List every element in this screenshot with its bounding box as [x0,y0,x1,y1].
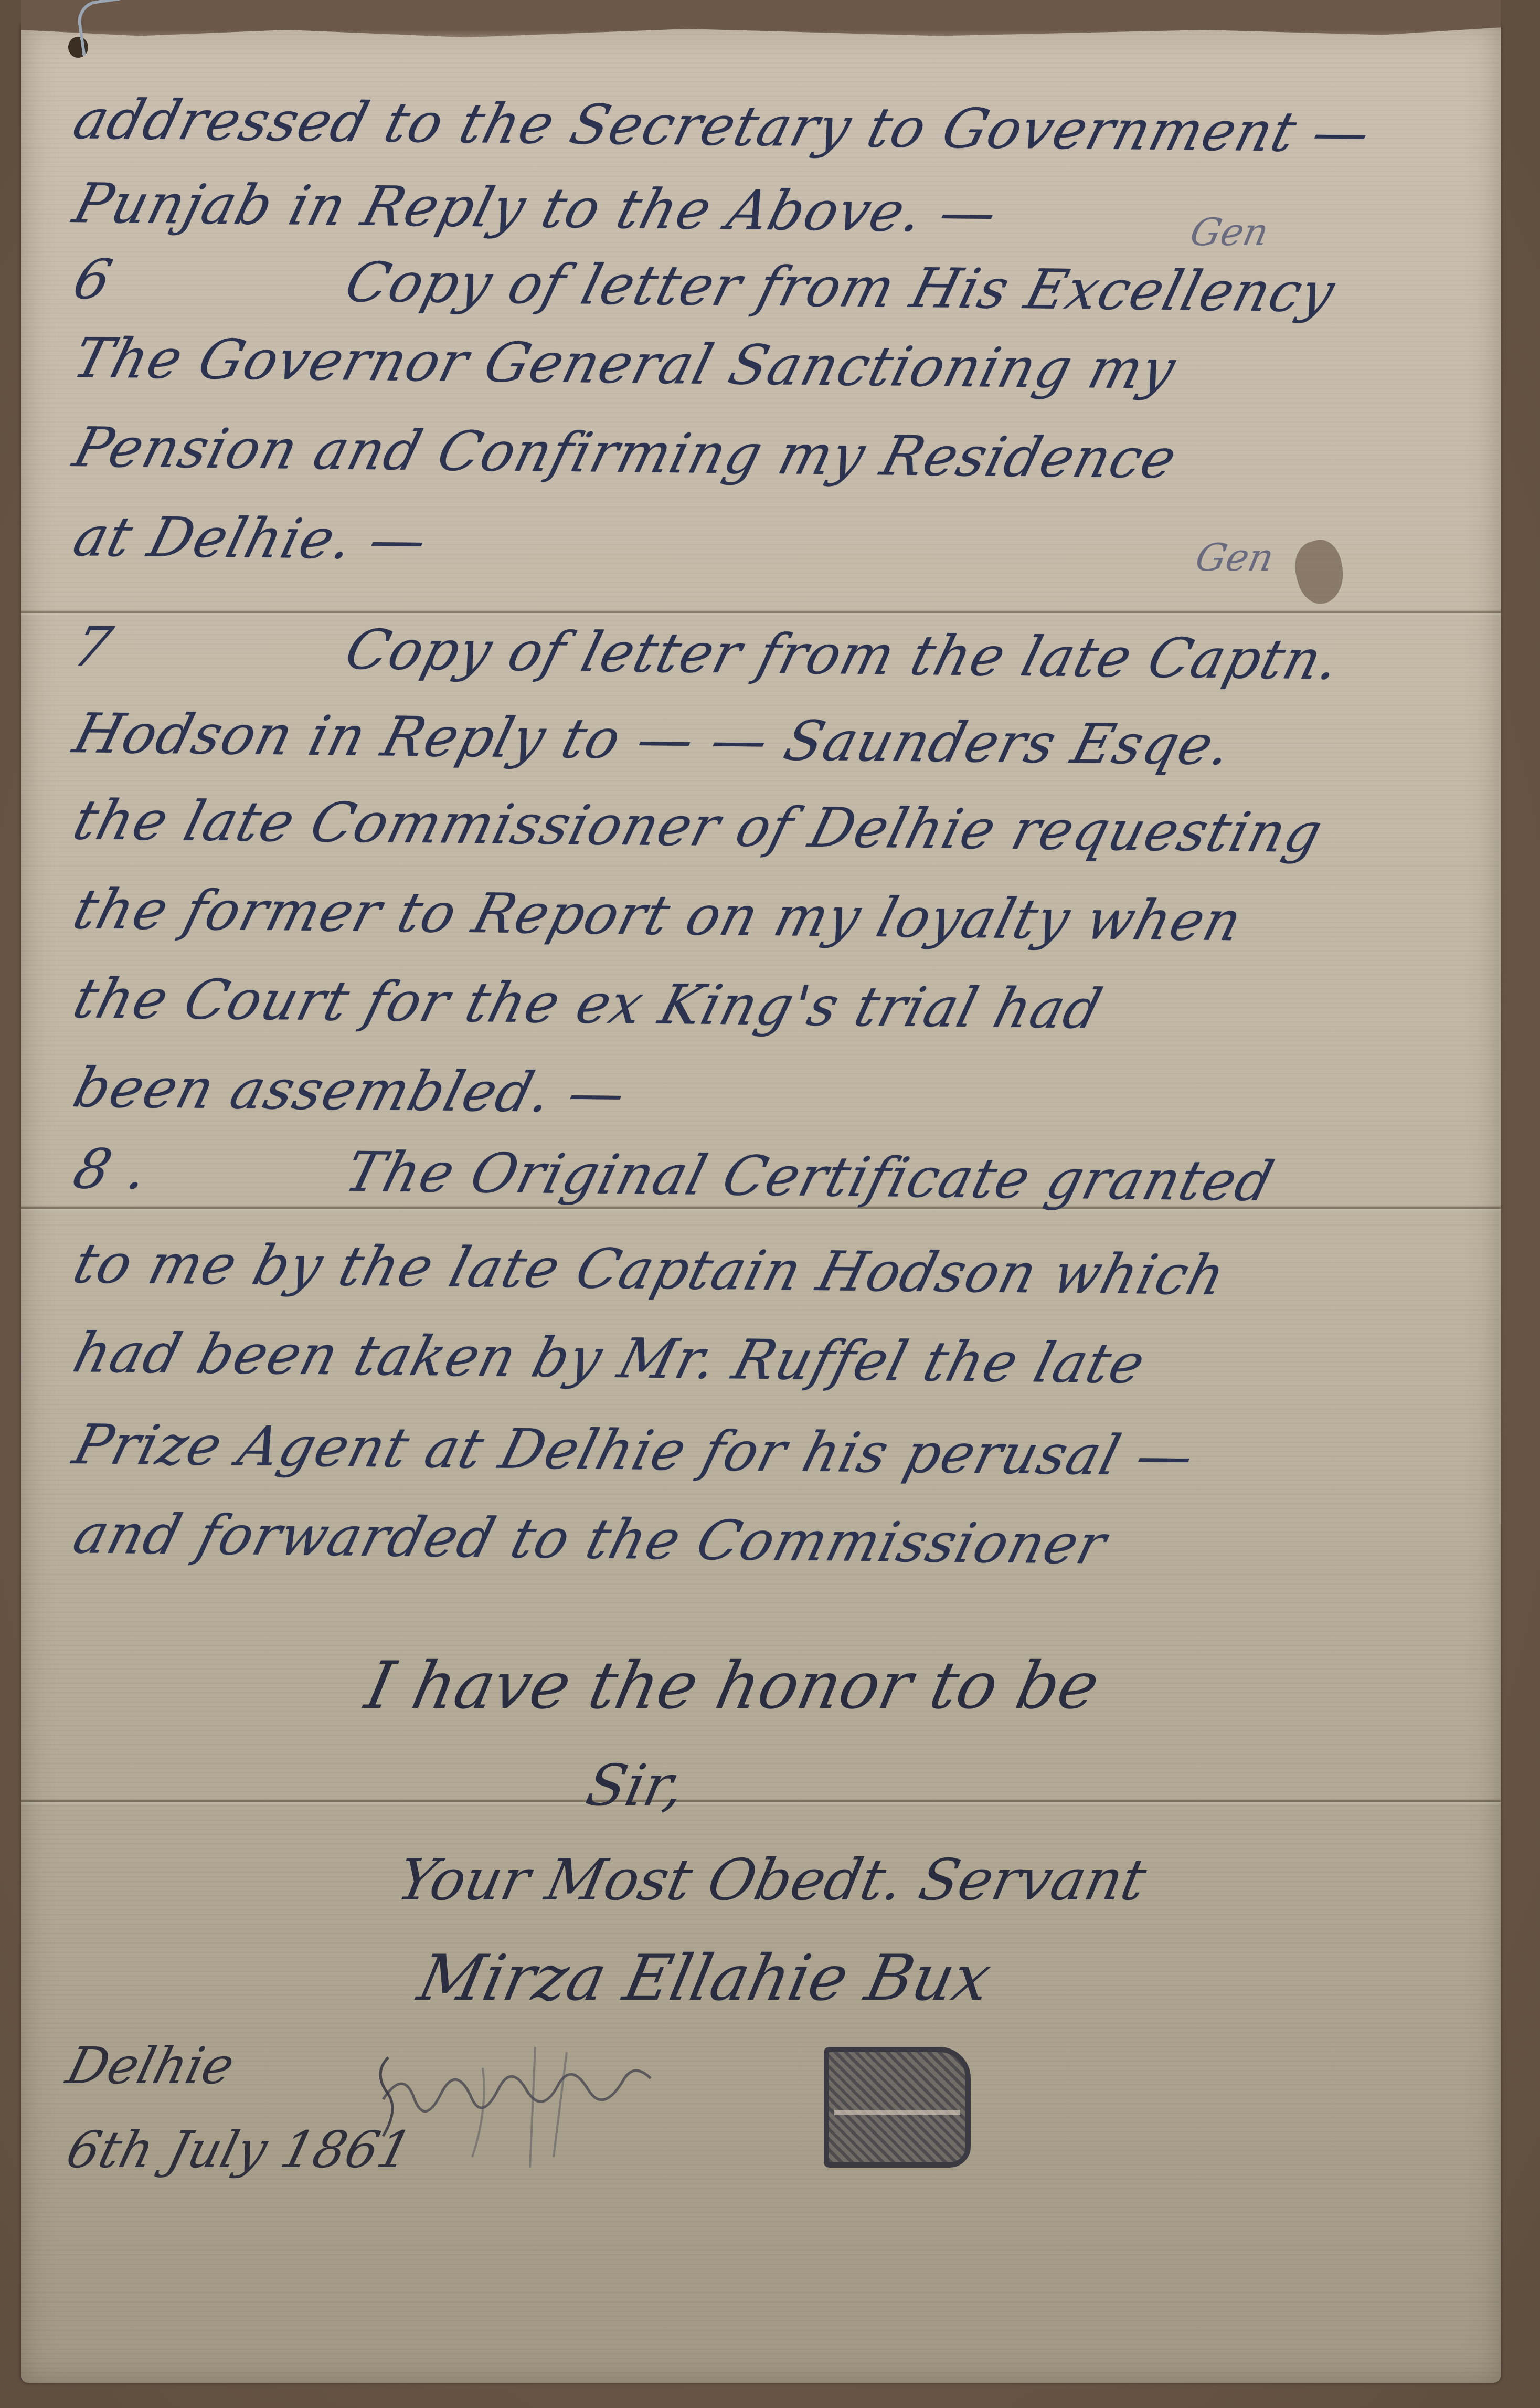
body-line-15: had been taken by Mr. Ruffel the late [68,1325,1151,1391]
fold-line-3 [21,1800,1501,1802]
signature: Mirza Ellahie Bux [412,1942,997,2015]
body-line-9: the late Commissioner of Delhie requesti… [68,793,1329,860]
place: Delhie [61,2036,240,2095]
body-line-16: Prize Agent at Delhie for his perusal — [68,1417,1201,1483]
body-line-4: The Governor General Sanctioning my [68,331,1182,397]
margin-note-1: Gen [1186,210,1272,254]
closing-salutation: Sir, [581,1753,691,1819]
body-line-11: the Court for the ex King's trial had [68,971,1108,1037]
body-line-14: to me by the late Captain Hodson which [68,1236,1231,1303]
date: 6th July 1861 [61,2120,418,2179]
item-number: 7 [68,619,355,677]
item-number: 8 . [68,1142,355,1199]
seal-stamp-icon [824,2047,971,2168]
body-line-1: addressed to the Secretary to Government… [68,92,1376,160]
item-number: 6 [68,252,355,309]
closing-line-3: Your Most Obedt. Servant [392,1847,1152,1913]
body-line-10: the former to Report on my loyalty when [68,882,1248,948]
body-line-3: Copy of letter from His Excellency [339,250,1342,324]
fold-line-1 [21,611,1501,613]
margin-note-2: Gen [1192,535,1278,579]
binding-string [75,0,127,56]
body-line-13: The Original Certificate granted [339,1139,1281,1213]
body-line-5: Pension and Confirming my Residence [68,420,1183,486]
persian-signature-icon [378,2036,787,2173]
closing-line-1: I have the honor to be [359,1648,1106,1724]
body-line-17: and forwarded to the Commissioner [68,1506,1112,1572]
seal-divider [834,2110,960,2115]
body-line-6: at Delhie. — [68,509,433,567]
body-line-2: Punjab in Reply to the Above. — [68,176,1004,240]
body-line-12: been assembled. — [68,1060,632,1121]
body-line-7: Copy of letter from the late Captn. [339,617,1347,692]
body-line-8: Hodson in Reply to — — Saunders Esqe. [68,706,1238,773]
